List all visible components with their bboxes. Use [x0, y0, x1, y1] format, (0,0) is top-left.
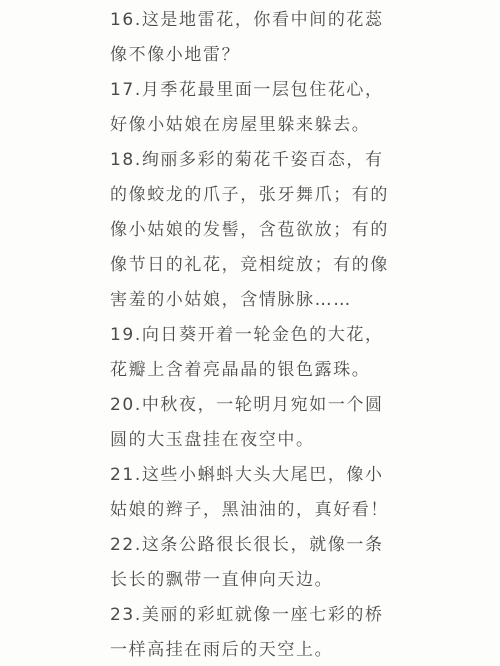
text-line: 22.这条公路很长很长，就像一条 — [110, 528, 400, 563]
text-line: 21.这些小蝌蚪大头大尾巴，像小 — [110, 458, 400, 493]
text-line: 的像蛟龙的爪子，张牙舞爪；有的 — [110, 178, 400, 213]
text-line: 好像小姑娘在房屋里躲来躲去。 — [110, 108, 400, 143]
text-line: 一样高挂在雨后的天空上。 — [110, 633, 400, 666]
text-line: 圆的大玉盘挂在夜空中。 — [110, 423, 400, 458]
text-line: 像节日的礼花，竞相绽放；有的像 — [110, 248, 400, 283]
text-line: 像小姑娘的发髻，含苞欲放；有的 — [110, 213, 400, 248]
text-line: 19.向日葵开着一轮金色的大花， — [110, 318, 400, 353]
text-line: 18.绚丽多彩的菊花千姿百态，有 — [110, 143, 400, 178]
sentence-list: 16.这是地雷花，你看中间的花蕊 像不像小地雷？ 17.月季花最里面一层包住花心… — [110, 3, 400, 666]
text-line: 17.月季花最里面一层包住花心， — [110, 73, 400, 108]
text-line: 23.美丽的彩虹就像一座七彩的桥 — [110, 598, 400, 633]
text-line: 20.中秋夜，一轮明月宛如一个圆 — [110, 388, 400, 423]
text-line: 长长的飘带一直伸向天边。 — [110, 563, 400, 598]
text-line: 像不像小地雷？ — [110, 38, 400, 73]
text-line: 害羞的小姑娘，含情脉脉…… — [110, 283, 400, 318]
document-page: 16.这是地雷花，你看中间的花蕊 像不像小地雷？ 17.月季花最里面一层包住花心… — [0, 0, 500, 666]
text-line: 16.这是地雷花，你看中间的花蕊 — [110, 3, 400, 38]
text-line: 花瓣上含着亮晶晶的银色露珠。 — [110, 353, 400, 388]
text-line: 姑娘的辫子，黑油油的，真好看！ — [110, 493, 400, 528]
